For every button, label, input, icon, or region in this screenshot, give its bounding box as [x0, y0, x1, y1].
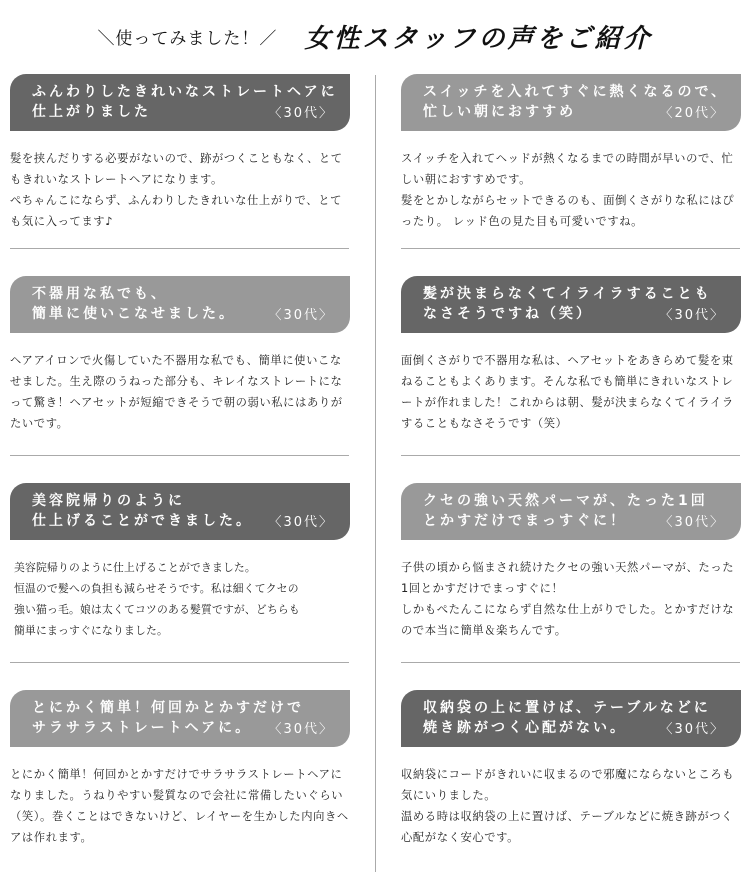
testimonial-paragraph: 簡単にまっすぐになりました。 — [14, 620, 350, 641]
testimonial-age: 〈30代〉 — [659, 307, 725, 325]
testimonial-paragraph: 強い猫っ毛。娘は太くてコツのある髪質ですが、どちらも — [14, 599, 350, 620]
row-divider — [401, 248, 740, 249]
testimonial-paragraph: ヘアアイロンで火傷していた不器用な私でも、簡単に使いこなせました。生え際のうねっ… — [10, 350, 350, 434]
testimonial-paragraph: とにかく簡単！何回かとかすだけでサラサラストレートヘアになりました。うねりやすい… — [10, 764, 350, 848]
testimonial-age: 〈30代〉 — [268, 514, 334, 532]
testimonial-title-line1: 髪が決まらなくてイライラすることも — [423, 284, 725, 304]
testimonial-banner: 美容院帰りのように 仕上げることができました。 〈30代〉 — [10, 483, 350, 540]
testimonial-banner: 不器用な私でも、 簡単に使いこなせました。 〈30代〉 — [10, 276, 350, 333]
testimonial-card: ふんわりしたきれいなストレートヘアに 仕上がりました 〈30代〉 髪を挟んだりす… — [10, 74, 350, 232]
testimonial-paragraph: スイッチを入れてヘッドが熱くなるまでの時間が早いので、忙しい朝におすすめです。 — [401, 148, 741, 190]
testimonial-age: 〈30代〉 — [659, 721, 725, 739]
testimonial-card: クセの強い天然パーマが、たった1回 とかすだけでまっすぐに！ 〈30代〉 子供の… — [401, 483, 741, 641]
row-divider — [401, 455, 740, 456]
testimonial-card: とにかく簡単！何回かとかすだけで サラサラストレートヘアに。 〈30代〉 とにか… — [10, 690, 350, 848]
testimonial-banner: 髪が決まらなくてイライラすることも なさそうですね（笑） 〈30代〉 — [401, 276, 741, 333]
row-divider — [10, 455, 349, 456]
header-subtitle: ＼使ってみました！／ — [97, 24, 277, 49]
testimonial-card: スイッチを入れてすぐに熱くなるので、 忙しい朝におすすめ 〈20代〉 スイッチを… — [401, 74, 741, 232]
testimonial-banner: ふんわりしたきれいなストレートヘアに 仕上がりました 〈30代〉 — [10, 74, 350, 131]
testimonial-paragraph: しかもぺたんこにならず自然な仕上がりでした。とかすだけなので本当に簡単＆楽ちんで… — [401, 599, 741, 641]
testimonial-paragraph: 温める時は収納袋の上に置けば、テーブルなどに焼き跡がつく心配がなく安心です。 — [401, 806, 741, 848]
testimonial-age: 〈30代〉 — [659, 514, 725, 532]
testimonial-title-line1: 収納袋の上に置けば、テーブルなどに — [423, 698, 725, 718]
testimonial-title-line1: クセの強い天然パーマが、たった1回 — [423, 491, 725, 511]
testimonial-banner: スイッチを入れてすぐに熱くなるので、 忙しい朝におすすめ 〈20代〉 — [401, 74, 741, 131]
testimonial-title-line1: スイッチを入れてすぐに熱くなるので、 — [423, 82, 725, 102]
testimonial-body: 子供の頃から悩まされ続けたクセの強い天然パーマが、たった1回とかすだけでまっすぐ… — [401, 557, 741, 641]
testimonial-paragraph: 収納袋にコードがきれいに収まるので邪魔にならないところも気にいりました。 — [401, 764, 741, 806]
testimonial-paragraph: 面倒くさがりで不器用な私は、ヘアセットをあきらめて髪を束ねることもよくあります。… — [401, 350, 741, 434]
testimonial-title-line1: 不器用な私でも、 — [32, 284, 334, 304]
testimonial-banner: クセの強い天然パーマが、たった1回 とかすだけでまっすぐに！ 〈30代〉 — [401, 483, 741, 540]
row-divider — [10, 662, 349, 663]
testimonial-body: 面倒くさがりで不器用な私は、ヘアセットをあきらめて髪を束ねることもよくあります。… — [401, 350, 741, 434]
testimonial-body: 美容院帰りのように仕上げることができました。 恒温ので髪への負担も減らせそうです… — [10, 557, 350, 641]
testimonial-banner: 収納袋の上に置けば、テーブルなどに 焼き跡がつく心配がない。 〈30代〉 — [401, 690, 741, 747]
testimonial-age: 〈30代〉 — [268, 105, 334, 123]
testimonial-banner: とにかく簡単！何回かとかすだけで サラサラストレートヘアに。 〈30代〉 — [10, 690, 350, 747]
testimonial-title-line1: とにかく簡単！何回かとかすだけで — [32, 698, 334, 718]
row-divider — [10, 248, 349, 249]
testimonial-title-line1: ふんわりしたきれいなストレートヘアに — [32, 82, 334, 102]
column-divider — [375, 75, 376, 872]
testimonial-paragraph: 子供の頃から悩まされ続けたクセの強い天然パーマが、たった1回とかすだけでまっすぐ… — [401, 557, 741, 599]
testimonial-title-line1: 美容院帰りのように — [32, 491, 334, 511]
testimonial-card: 髪が決まらなくてイライラすることも なさそうですね（笑） 〈30代〉 面倒くさが… — [401, 276, 741, 434]
testimonial-card: 不器用な私でも、 簡単に使いこなせました。 〈30代〉 ヘアアイロンで火傷してい… — [10, 276, 350, 434]
testimonial-body: ヘアアイロンで火傷していた不器用な私でも、簡単に使いこなせました。生え際のうねっ… — [10, 350, 350, 434]
testimonial-age: 〈30代〉 — [268, 307, 334, 325]
testimonial-paragraph: ぺちゃんこにならず、ふんわりしたきれいな仕上がりで、とても気に入ってます♪ — [10, 190, 350, 232]
section-header: ＼使ってみました！／ 女性スタッフの声をご紹介 — [0, 18, 750, 58]
testimonial-body: 髪を挟んだりする必要がないので、跡がつくこともなく、とてもきれいなストレートヘア… — [10, 148, 350, 232]
testimonial-paragraph: 髪をとかしながらセットできるのも、面倒くさがりな私にはぴったり。 レッド色の見た… — [401, 190, 741, 232]
testimonial-age: 〈30代〉 — [268, 721, 334, 739]
header-title: 女性スタッフの声をご紹介 — [305, 18, 653, 55]
testimonial-body: スイッチを入れてヘッドが熱くなるまでの時間が早いので、忙しい朝におすすめです。 … — [401, 148, 741, 232]
testimonial-card: 収納袋の上に置けば、テーブルなどに 焼き跡がつく心配がない。 〈30代〉 収納袋… — [401, 690, 741, 848]
testimonial-paragraph: 美容院帰りのように仕上げることができました。 — [14, 557, 350, 578]
testimonial-paragraph: 髪を挟んだりする必要がないので、跡がつくこともなく、とてもきれいなストレートヘア… — [10, 148, 350, 190]
testimonial-body: 収納袋にコードがきれいに収まるので邪魔にならないところも気にいりました。 温める… — [401, 764, 741, 848]
testimonial-age: 〈20代〉 — [659, 105, 725, 123]
row-divider — [401, 662, 740, 663]
testimonial-body: とにかく簡単！何回かとかすだけでサラサラストレートヘアになりました。うねりやすい… — [10, 764, 350, 848]
testimonial-card: 美容院帰りのように 仕上げることができました。 〈30代〉 美容院帰りのように仕… — [10, 483, 350, 641]
testimonial-paragraph: 恒温ので髪への負担も減らせそうです。私は細くてクセの — [14, 578, 350, 599]
